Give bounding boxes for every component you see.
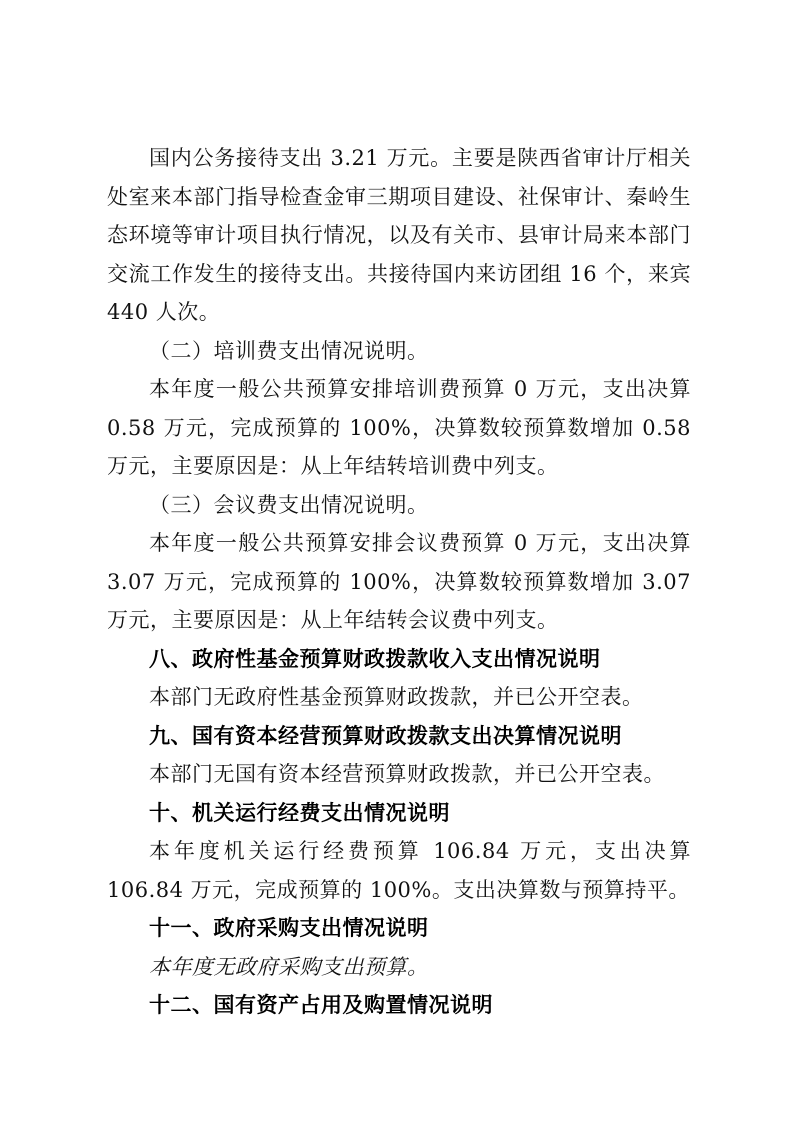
section-heading-8-government-fund-budget: 八、政府性基金预算财政拨款收入支出情况说明 (107, 640, 691, 679)
paragraph-operating-expense-detail: 本年度机关运行经费预算 106.84 万元，支出决算 106.84 万元，完成预… (107, 832, 691, 909)
paragraph-domestic-official-reception: 国内公务接待支出 3.21 万元。主要是陕西省审计厅相关处室来本部门指导检查金审… (107, 139, 691, 332)
paragraph-no-procurement-note: 本年度无政府采购支出预算。 (107, 948, 691, 987)
subsection-heading-training-fee: （二）培训费支出情况说明。 (107, 332, 691, 371)
section-heading-10-operating-expense: 十、机关运行经费支出情况说明 (107, 794, 691, 833)
subsection-heading-conference-fee: （三）会议费支出情况说明。 (107, 486, 691, 525)
document-body: 国内公务接待支出 3.21 万元。主要是陕西省审计厅相关处室来本部门指导检查金审… (107, 139, 691, 1025)
paragraph-training-fee-detail: 本年度一般公共预算安排培训费预算 0 万元，支出决算 0.58 万元，完成预算的… (107, 370, 691, 486)
section-heading-11-government-procurement: 十一、政府采购支出情况说明 (107, 909, 691, 948)
section-heading-9-state-capital-budget: 九、国有资本经营预算财政拨款支出决算情况说明 (107, 717, 691, 756)
paragraph-government-fund-budget: 本部门无政府性基金预算财政拨款，并已公开空表。 (107, 678, 691, 717)
paragraph-state-capital-budget: 本部门无国有资本经营预算财政拨款，并已公开空表。 (107, 755, 691, 794)
document-page: 国内公务接待支出 3.21 万元。主要是陕西省审计厅相关处室来本部门指导检查金审… (0, 0, 793, 1122)
paragraph-conference-fee-detail: 本年度一般公共预算安排会议费预算 0 万元，支出决算 3.07 万元，完成预算的… (107, 524, 691, 640)
section-heading-12-state-assets: 十二、国有资产占用及购置情况说明 (107, 986, 691, 1025)
